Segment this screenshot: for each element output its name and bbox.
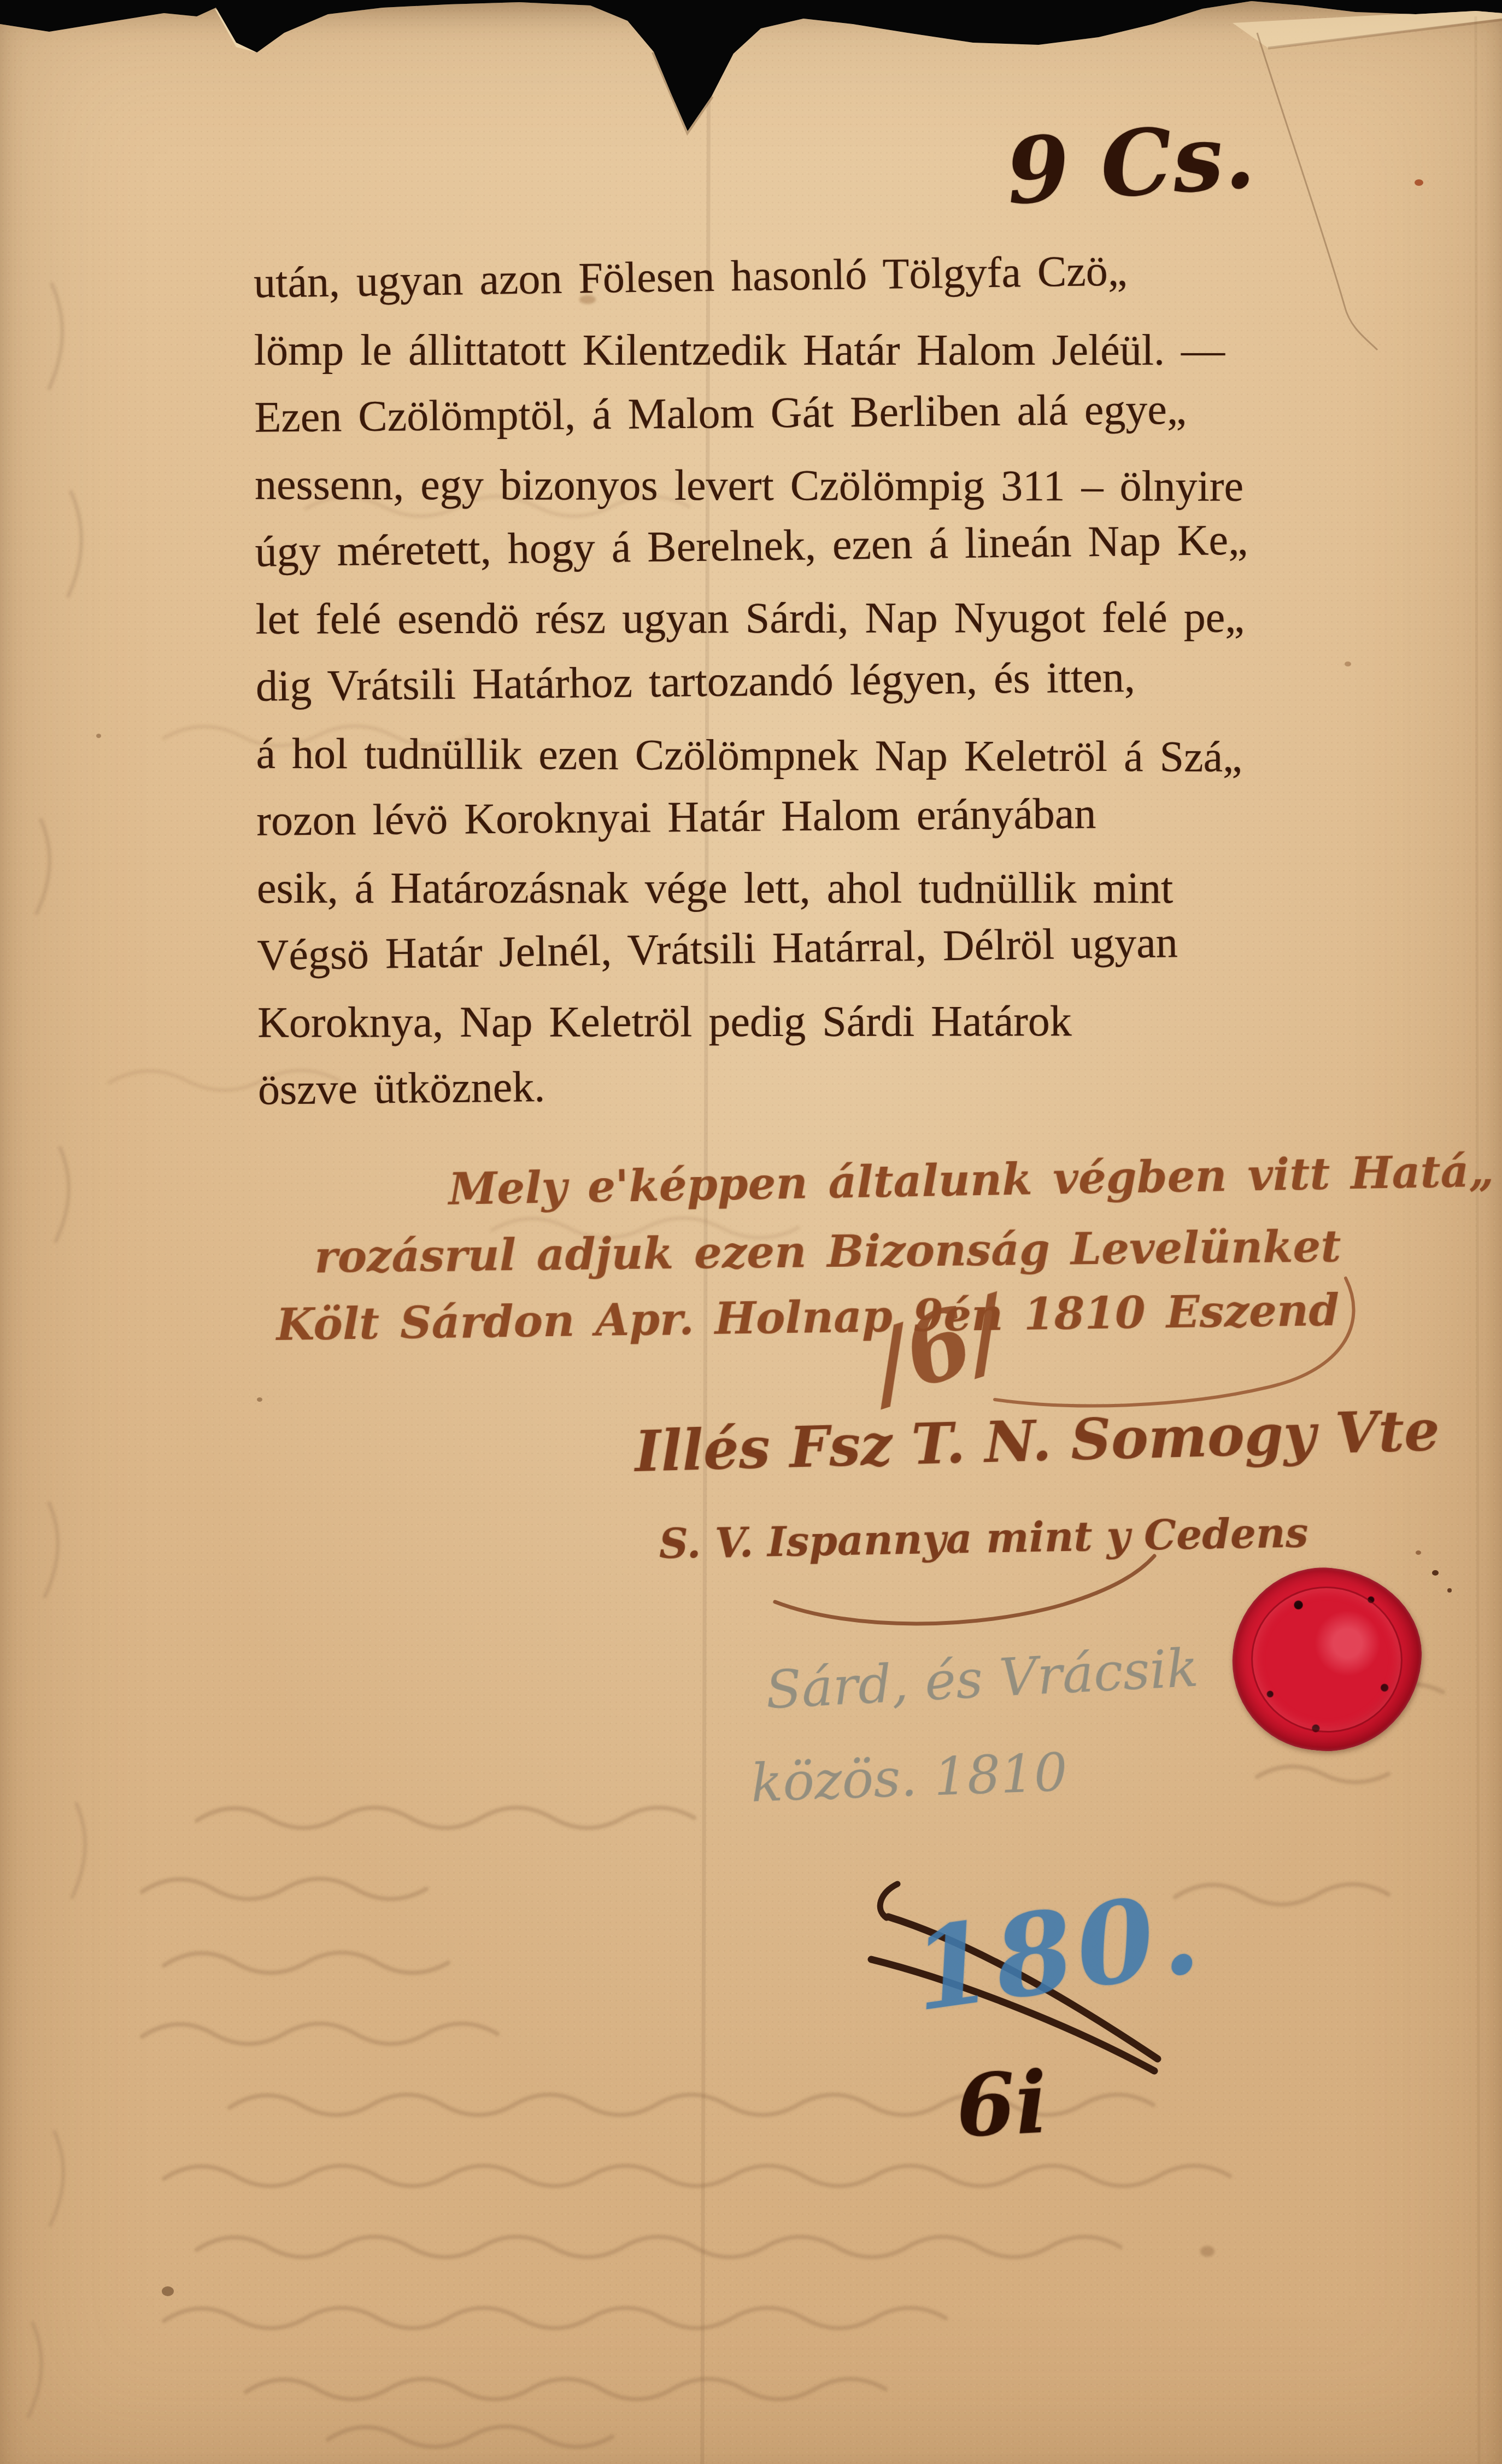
foxing-spot (1345, 662, 1351, 666)
archival-number-new: 6i (954, 2052, 1050, 2156)
text-line: Ezen Czölömptöl, á Malom Gát Berliben al… (254, 376, 1247, 452)
closing-line: Mely e'képpen általunk végben vitt Hatá„ (448, 1145, 1494, 1215)
text-line: után, ugyan azon Fölesen hasonló Tölgyfa… (253, 236, 1246, 317)
text-line: let felé esendö rész ugyan Sárdi, Nap Ny… (255, 584, 1248, 653)
main-paragraph: után, ugyan azon Fölesen hasonló Tölgyfa… (254, 244, 1251, 1123)
archival-number-old: 180. (905, 1866, 1211, 2037)
signature-line: Illés Fsz T. N. Somogy Vte (634, 1398, 1440, 1485)
foxing-spot (1415, 179, 1423, 186)
folio-number: 9 Cs. (1003, 102, 1258, 225)
text-line: rozon lévö Koroknyai Határ Halom erányáb… (256, 779, 1249, 855)
foxing-spot (162, 2286, 174, 2296)
text-line: Végsö Határ Jelnél, Vrátsili Határral, D… (257, 908, 1250, 989)
pencil-note-line: Sárd, és Vrácsik (764, 1637, 1200, 1721)
foxing-spot (96, 734, 101, 738)
foxing-spot (1200, 2246, 1214, 2257)
pencil-note-line: közös. 1810 (750, 1742, 1069, 1814)
scan-background: 9 Cs. után, ugyan azon Fölesen hasonló T… (0, 0, 1502, 2464)
text-line: öszve ütköznek. (257, 1046, 1251, 1124)
text-line: dig Vrátsili Határhoz tartozandó légyen,… (255, 643, 1248, 721)
closing-line: Költ Sárdon Apr. Holnap 9én 1810 Eszend (276, 1284, 1340, 1350)
signature-line: S. V. Ispannya mint y Cedens (659, 1509, 1309, 1568)
text-line: úgy méretett, hogy á Berelnek, ezen á li… (255, 507, 1248, 586)
closing-line: rozásrul adjuk ezen Bizonság Levelünket (314, 1220, 1341, 1283)
document-page: 9 Cs. után, ugyan azon Fölesen hasonló T… (0, 0, 1502, 2464)
ink-spatter (1447, 1588, 1452, 1593)
text-line: lömp le állittatott Kilentzedik Határ Ha… (254, 317, 1247, 384)
foxing-spot (257, 1397, 262, 1402)
foxing-spot (1416, 1550, 1421, 1555)
text-line: Koroknya, Nap Keletröl pedig Sárdi Határ… (257, 988, 1250, 1057)
wax-seal (1223, 1559, 1430, 1760)
foxing-spot (579, 295, 596, 304)
ink-spatter (1432, 1570, 1439, 1576)
